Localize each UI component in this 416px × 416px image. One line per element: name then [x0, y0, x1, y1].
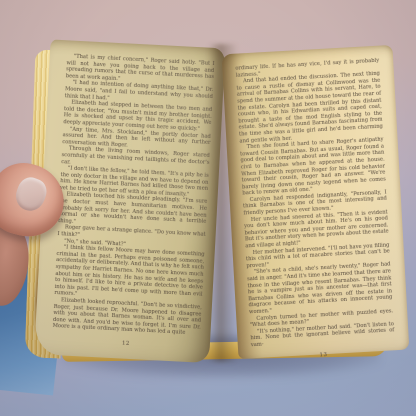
paragraph: "She's not a child, she's nearly twenty,… [247, 262, 393, 316]
paragraph: And that had ended the discussion. The n… [236, 71, 383, 145]
paragraph: Then she found it hard to share Roger's … [240, 137, 387, 198]
page-number-left: 12 [52, 337, 200, 351]
paragraph: "I think this fellow Moore may have done… [54, 244, 205, 304]
paragraph: Elizabeth looked reproachful. "Don't be … [52, 297, 202, 338]
right-page-text: ordinary life. If he has any vice, I'd s… [222, 45, 410, 359]
right-page: ordinary life. If he has any vice, I'd s… [222, 45, 410, 359]
book-photo: "That is my chief concern," Roger said h… [0, 0, 416, 416]
thumbnail-nail [12, 174, 51, 215]
